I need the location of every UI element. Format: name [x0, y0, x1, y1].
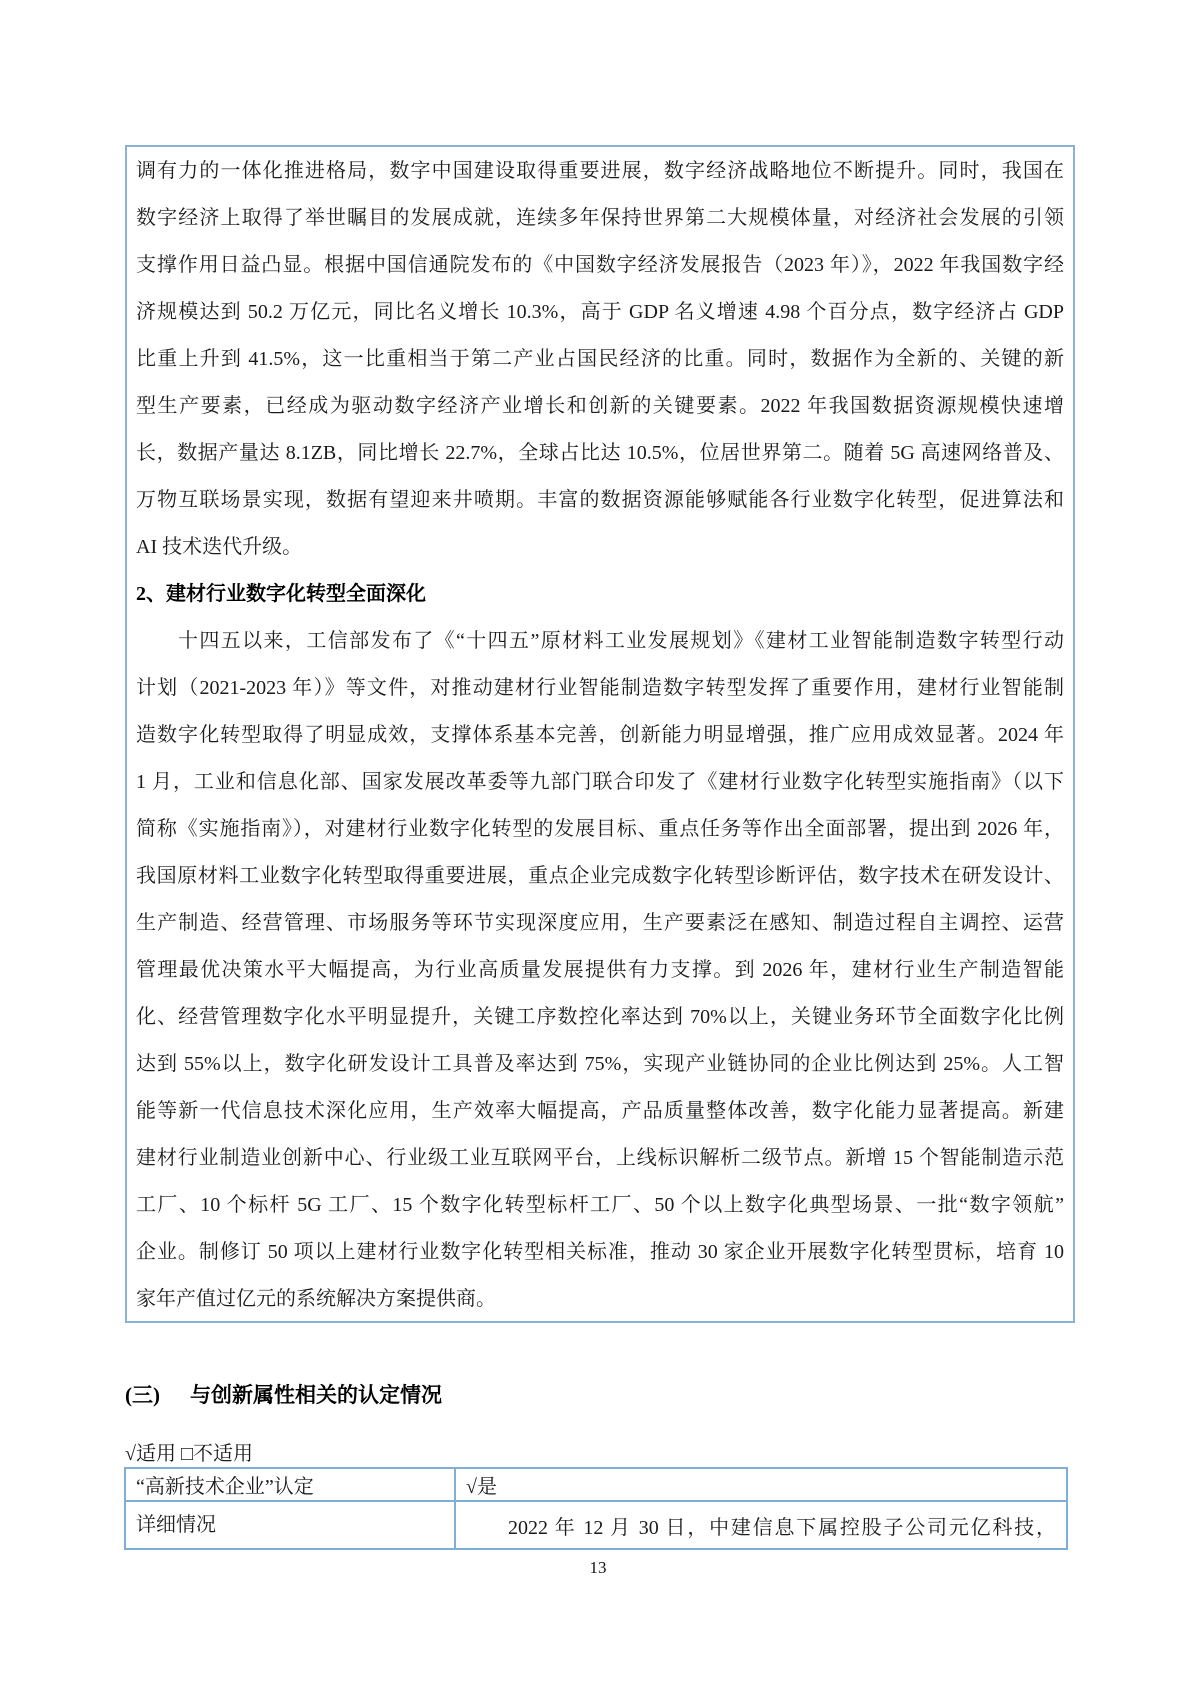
text-line: 济规模达到 50.2 万亿元，同比名义增长 10.3%，高于 GDP 名义增速 … [136, 289, 1064, 336]
text-line: 管理最优决策水平大幅提高，为行业高质量发展提供有力支撑。到 2026 年，建材行… [136, 947, 1064, 994]
row-label: 详细情况 [125, 1501, 455, 1549]
text-line: AI 技术迭代升级。 [136, 524, 1064, 571]
text-line: 十四五以来，工信部发布了《“十四五”原材料工业发展规划》《建材工业智能制造数字转… [136, 618, 1064, 665]
text-line: 支撑作用日益凸显。根据中国信通院发布的《中国数字经济发展报告（2023 年）》，… [136, 242, 1064, 289]
row-label: “高新技术企业”认定 [125, 1468, 455, 1501]
row-value: 2022 年 12 月 30 日，中建信息下属控股子公司元亿科技， [455, 1501, 1067, 1549]
text-line: 长，数据产量达 8.1ZB，同比增长 22.7%，全球占比达 10.5%，位居世… [136, 430, 1064, 477]
text-line: 工厂、10 个标杆 5G 工厂、15 个数字化转型标杆工厂、50 个以上数字化典… [136, 1182, 1064, 1229]
paragraph-building-materials: 十四五以来，工信部发布了《“十四五”原材料工业发展规划》《建材工业智能制造数字转… [136, 618, 1064, 1323]
text-line: 我国原材料工业数字化转型取得重要进展，重点企业完成数字化转型诊断评估，数字技术在… [136, 853, 1064, 900]
row-value: √是 [455, 1468, 1067, 1501]
text-line: 造数字化转型取得了明显成效，支撑体系基本完善，创新能力明显增强，推广应用成效显著… [136, 712, 1064, 759]
text-line: 1 月，工业和信息化部、国家发展改革委等九部门联合印发了《建材行业数字化转型实施… [136, 759, 1064, 806]
text-line: 能等新一代信息技术深化应用，生产效率大幅提高，产品质量整体改善，数字化能力显著提… [136, 1088, 1064, 1135]
table-row-high-tech-certification: “高新技术企业”认定 √是 [125, 1468, 1067, 1501]
text-line: 型生产要素，已经成为驱动数字经济产业增长和创新的关键要素。2022 年我国数据资… [136, 383, 1064, 430]
subheading-building-materials-transformation: 2、建材行业数字化转型全面深化 [136, 571, 1064, 618]
text-line: 数字经济上取得了举世瞩目的发展成就，连续多年保持世界第二大规模体量，对经济社会发… [136, 195, 1064, 242]
text-line: 计划（2021-2023 年）》等文件，对推动建材行业智能制造数字转型发挥了重要… [136, 665, 1064, 712]
section-title: 与创新属性相关的认定情况 [190, 1383, 442, 1407]
text-line: 调有力的一体化推进格局，数字中国建设取得重要进展，数字经济战略地位不断提升。同时… [136, 148, 1064, 195]
page-number: 13 [0, 1558, 1196, 1578]
text-line: 化、经营管理数字化水平明显提升，关键工序数控化率达到 70%以上，关键业务环节全… [136, 994, 1064, 1041]
text-line: 万物互联场景实现，数据有望迎来井喷期。丰富的数据资源能够赋能各行业数字化转型，促… [136, 477, 1064, 524]
paragraph-digital-economy: 调有力的一体化推进格局，数字中国建设取得重要进展，数字经济战略地位不断提升。同时… [136, 148, 1064, 571]
certification-table: “高新技术企业”认定 √是 详细情况 2022 年 12 月 30 日，中建信息… [124, 1467, 1068, 1550]
document-page: 调有力的一体化推进格局，数字中国建设取得重要进展，数字经济战略地位不断提升。同时… [0, 0, 1200, 1696]
text-line: 比重上升到 41.5%，这一比重相当于第二产业占国民经济的比重。同时，数据作为全… [136, 336, 1064, 383]
applicability-line: √适用 □不适用 [125, 1441, 253, 1467]
table-row-details: 详细情况 2022 年 12 月 30 日，中建信息下属控股子公司元亿科技， [125, 1501, 1067, 1549]
text-line: 建材行业制造业创新中心、行业级工业互联网平台，上线标识解析二级节点。新增 15 … [136, 1135, 1064, 1182]
text-line: 达到 55%以上，数字化研发设计工具普及率达到 75%，实现产业链协同的企业比例… [136, 1041, 1064, 1088]
text-line: 简称《实施指南》），对建材行业数字化转型的发展目标、重点任务等作出全面部署，提出… [136, 806, 1064, 853]
text-line: 家年产值过亿元的系统解决方案提供商。 [136, 1276, 1064, 1323]
section-heading-innovation-attributes: (三)与创新属性相关的认定情况 [125, 1381, 442, 1409]
bordered-text-block: 调有力的一体化推进格局，数字中国建设取得重要进展，数字经济战略地位不断提升。同时… [125, 145, 1075, 1323]
section-number: (三) [125, 1381, 160, 1409]
text-line: 生产制造、经营管理、市场服务等环节实现深度应用，生产要素泛在感知、制造过程自主调… [136, 900, 1064, 947]
text-line: 企业。制修订 50 项以上建材行业数字化转型相关标准，推动 30 家企业开展数字… [136, 1229, 1064, 1276]
